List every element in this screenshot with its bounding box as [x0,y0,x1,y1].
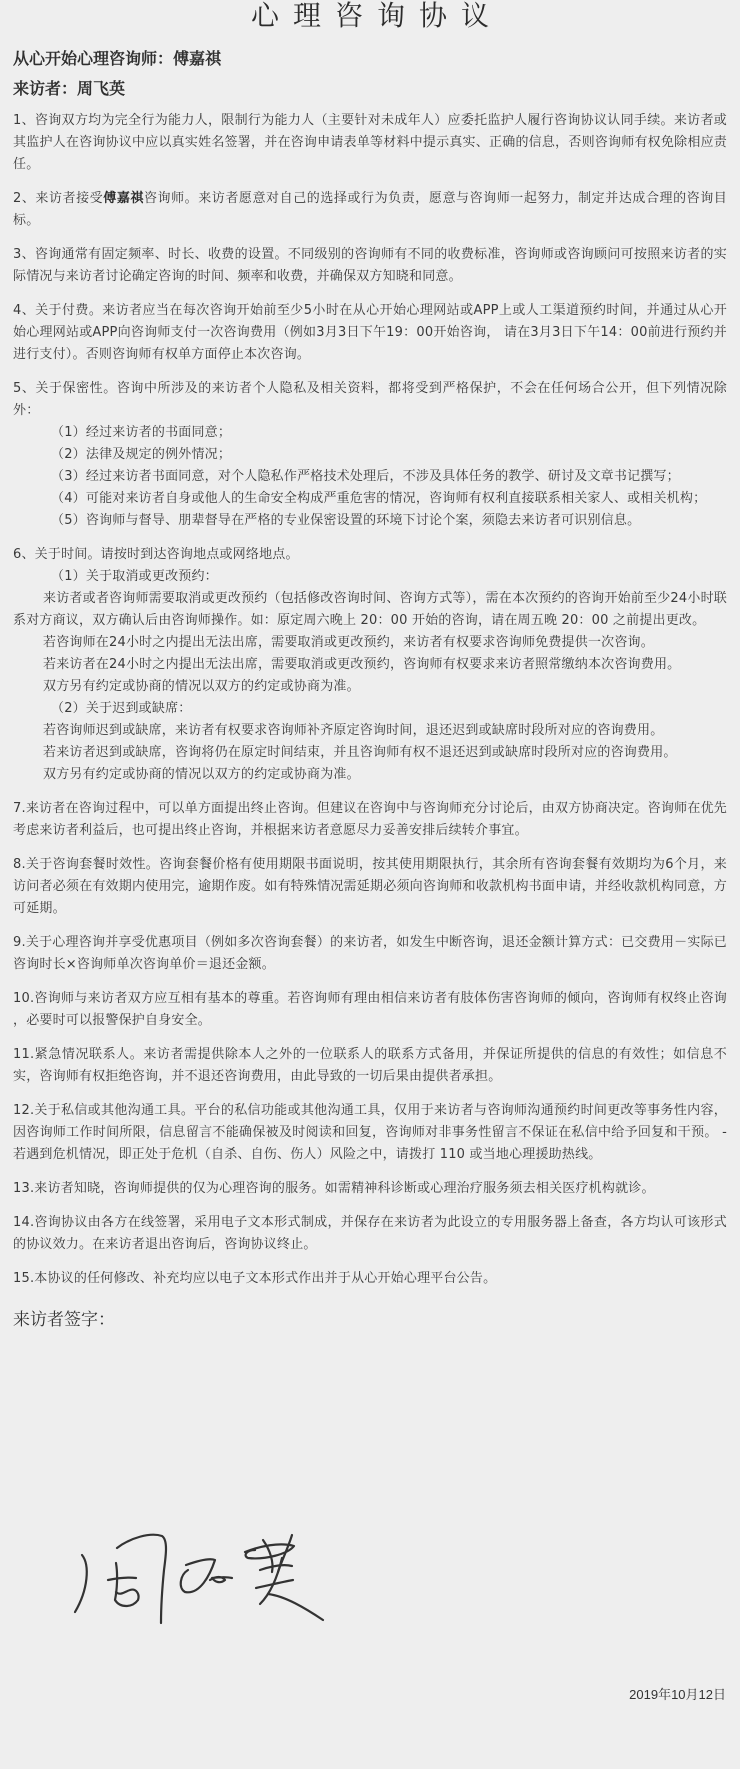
clause-5-item: （3）经过来访者书面同意，对个人隐私作严格技术处理后，不涉及具体任务的教学、研讨… [13,466,727,488]
clause-5: 5、关于保密性。咨询中所涉及的来访者个人隐私及相关资料，都将受到严格保护，不会在… [13,378,727,422]
visitor-label: 来访者： [13,79,77,98]
clause-6-sub1-item: 若来访者在24小时之内提出无法出席，需要取消或更改预约，咨询师有权要求来访者照常… [13,654,727,676]
clause-7: 7.来访者在咨询过程中，可以单方面提出终止咨询。但建议在咨询中与咨询师充分讨论后… [13,798,727,842]
clause-6-sub2-item: 双方另有约定或协商的情况以双方的约定或协商为准。 [13,764,727,786]
clause-6-sub2-title: （2）关于迟到或缺席： [13,698,727,720]
clause-6-sub1-item: 来访者或者咨询师需要取消或更改预约（包括修改咨询时间、咨询方式等），需在本次预约… [13,588,727,632]
visitor-name: 周飞英 [77,79,125,98]
clause-5-item: （4）可能对来访者自身或他人的生命安全构成严重危害的情况，咨询师有权利直接联系相… [13,488,727,510]
agreement-document: 心理咨询协议 从心开始心理咨询师：傅嘉祺 来访者：周飞英 1、咨询双方均为完全行… [13,0,727,1331]
clause-6: 6、关于时间。请按时到达咨询地点或网络地点。 [13,544,727,566]
handwritten-signature [60,1520,340,1640]
clause-9: 9.关于心理咨询并享受优惠项目（例如多次咨询套餐）的来访者，如发生中断咨询，退还… [13,932,727,976]
signature-label: 来访者签字： [13,1309,727,1331]
clause-12: 12.关于私信或其他沟通工具。平台的私信功能或其他沟通工具，仅用于来访者与咨询师… [13,1100,727,1166]
clause-13: 13.来访者知晓，咨询师提供的仅为心理咨询的服务。如需精神科诊断或心理治疗服务须… [13,1178,727,1200]
clause-1: 1、咨询双方均为完全行为能力人，限制行为能力人（主要针对未成年人）应委托监护人履… [13,110,727,176]
clause-5-item: （2）法律及规定的例外情况； [13,444,727,466]
clause-6-sub2-item: 若咨询师迟到或缺席，来访者有权要求咨询师补齐原定咨询时间，退还迟到或缺席时段所对… [13,720,727,742]
document-title: 心理咨询协议 [13,0,727,34]
visitor-line: 来访者：周飞英 [13,79,727,99]
clause-6-sub1-item: 若咨询师在24小时之内提出无法出席，需要取消或更改预约，来访者有权要求咨询师免费… [13,632,727,654]
clause-2-counselor-name: 傅嘉祺 [103,191,144,206]
counselor-name: 傅嘉祺 [173,49,221,68]
counselor-line: 从心开始心理咨询师：傅嘉祺 [13,49,727,69]
signature-date: 2019年10月12日 [629,1684,726,1703]
clause-2-prefix: 2、来访者接受 [13,191,103,206]
clause-6-sub2-item: 若来访者迟到或缺席，咨询将仍在原定时间结束，并且咨询师有权不退还迟到或缺席时段所… [13,742,727,764]
clause-10: 10.咨询师与来访者双方应互相有基本的尊重。若咨询师有理由相信来访者有肢体伤害咨… [13,988,727,1032]
clause-3: 3、咨询通常有固定频率、时长、收费的设置。不同级别的咨询师有不同的收费标准，咨询… [13,244,727,288]
clause-5-item: （1）经过来访者的书面同意； [13,422,727,444]
clause-6-sub1-item: 双方另有约定或协商的情况以双方的约定或协商为准。 [13,676,727,698]
clause-11: 11.紧急情况联系人。来访者需提供除本人之外的一位联系人的联系方式备用，并保证所… [13,1044,727,1088]
clause-8: 8.关于咨询套餐时效性。咨询套餐价格有使用期限书面说明，按其使用期限执行，其余所… [13,854,727,920]
clause-15: 15.本协议的任何修改、补充均应以电子文本形式作出并于从心开始心理平台公告。 [13,1268,727,1290]
counselor-label: 从心开始心理咨询师： [13,49,173,68]
clause-4: 4、关于付费。来访者应当在每次咨询开始前至少5小时在从心开始心理网站或APP上或… [13,300,727,366]
clause-5-item: （5）咨询师与督导、朋辈督导在严格的专业保密设置的环境下讨论个案，须隐去来访者可… [13,510,727,532]
clause-6-sub1-title: （1）关于取消或更改预约： [13,566,727,588]
clause-14: 14.咨询协议由各方在线签署，采用电子文本形式制成，并保存在来访者为此设立的专用… [13,1212,727,1256]
clause-2: 2、来访者接受傅嘉祺咨询师。来访者愿意对自己的选择或行为负责，愿意与咨询师一起努… [13,188,727,232]
